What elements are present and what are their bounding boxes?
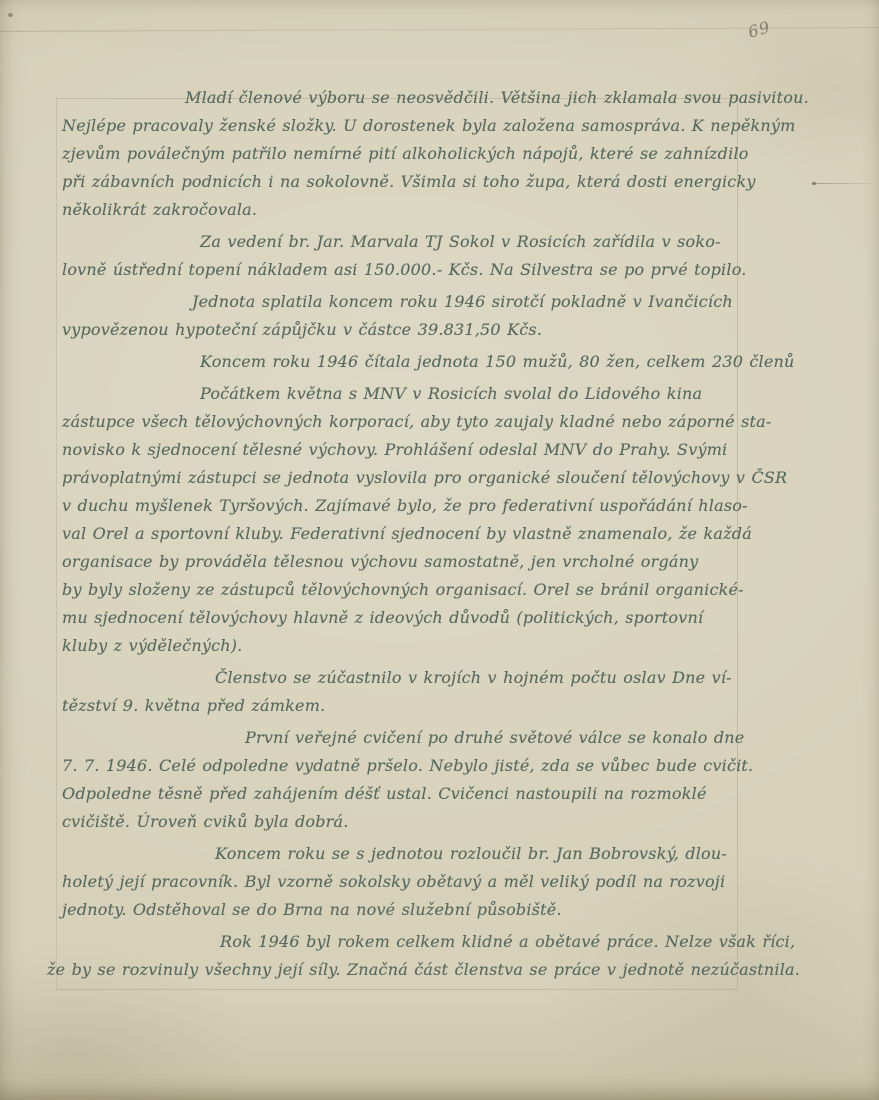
manuscript-line: Nejlépe pracovaly ženské složky. U doros…	[62, 112, 752, 140]
manuscript-line: mu sjednocení tělovýchovy hlavně z ideov…	[62, 604, 752, 632]
manuscript-line: v duchu myšlenek Tyršových. Zajímavé byl…	[62, 492, 752, 520]
margin-rule-left	[56, 98, 57, 990]
manuscript-line: Odpoledne těsně před zahájením déšť usta…	[62, 780, 752, 808]
manuscript-line: zjevům poválečným patřilo nemírné pití a…	[62, 140, 752, 168]
manuscript-line: cvičiště. Úroveň cviků byla dobrá.	[62, 808, 752, 836]
manuscript-line: organisace by prováděla tělesnou výchovu…	[62, 548, 752, 576]
manuscript-line: zástupce všech tělovýchovných korporací,…	[62, 408, 752, 436]
manuscript-line: jednoty. Odstěhoval se do Brna na nové s…	[62, 896, 752, 924]
manuscript-line: při zábavních podnicích i na sokolovně. …	[62, 168, 752, 196]
manuscript-line: lovně ústřední topení nákladem asi 150.0…	[62, 256, 752, 284]
manuscript-line: několikrát zakročovala.	[62, 196, 752, 224]
manuscript-line: vypovězenou hypoteční zápůjčku v částce …	[62, 316, 752, 344]
manuscript-line: val Orel a sportovní kluby. Federativní …	[62, 520, 752, 548]
margin-rule-bottom	[56, 989, 738, 990]
manuscript-line: Koncem roku se s jednotou rozloučil br. …	[62, 840, 752, 868]
manuscript-line: Mladí členové výboru se neosvědčili. Vět…	[62, 84, 752, 112]
manuscript-line: 7. 7. 1946. Celé odpoledne vydatně pršel…	[62, 752, 752, 780]
manuscript-line: Rok 1946 byl rokem celkem klidné a oběta…	[62, 928, 752, 956]
pencil-mark	[812, 182, 816, 185]
manuscript-line: První veřejné cvičení po druhé světové v…	[62, 724, 752, 752]
manuscript-text: Mladí členové výboru se neosvědčili. Vět…	[62, 84, 752, 984]
manuscript-line: tězství 9. května před zámkem.	[62, 692, 752, 720]
manuscript-line: Koncem roku 1946 čítala jednota 150 mužů…	[62, 348, 752, 376]
manuscript-line: Jednota splatila koncem roku 1946 sirotč…	[62, 288, 752, 316]
manuscript-line: Za vedení br. Jar. Marvala TJ Sokol v Ro…	[62, 228, 752, 256]
manuscript-line: holetý její pracovník. Byl vzorně sokols…	[62, 868, 752, 896]
manuscript-line: právoplatnými zástupci se jednota vyslov…	[62, 464, 752, 492]
manuscript-line: Členstvo se zúčastnilo v krojích v hojné…	[62, 664, 752, 692]
ink-speck	[8, 13, 13, 17]
page-number: 69	[746, 17, 773, 41]
manuscript-line: Počátkem května s MNV v Rosicích svolal …	[62, 380, 752, 408]
manuscript-line: novisko k sjednocení tělesné výchovy. Pr…	[62, 436, 752, 464]
manuscript-line: že by se rozvinuly všechny její síly. Zn…	[62, 956, 752, 984]
manuscript-line: kluby z výdělečných).	[62, 632, 752, 660]
manuscript-page: 69 Mladí členové výboru se neosvědčili. …	[0, 0, 879, 1100]
manuscript-line: by byly složeny ze zástupců tělovýchovný…	[62, 576, 752, 604]
